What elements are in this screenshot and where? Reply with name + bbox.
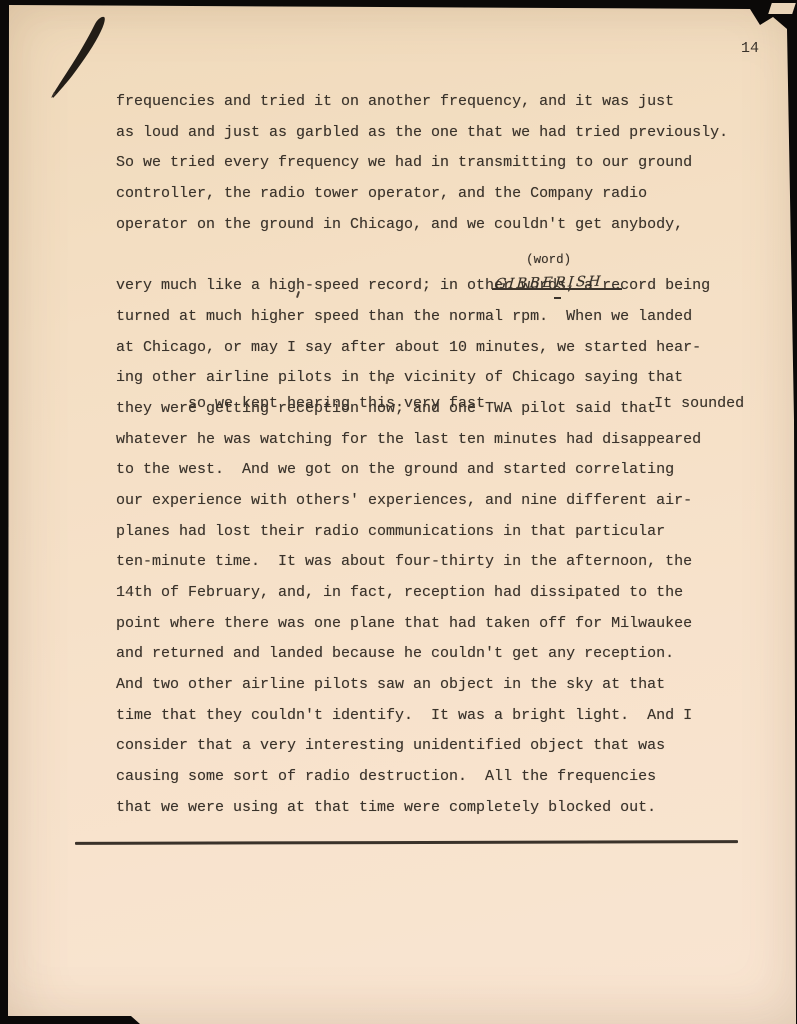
typed-line: turned at much higher speed than the nor… [116,302,756,333]
page-number: 14 [741,40,759,57]
typed-line: operator on the ground in Chicago, and w… [116,210,756,241]
typed-line: ten-minute time. It was about four-thirt… [116,547,756,578]
typed-line: ing other airline pilots in the vicinity… [116,363,756,394]
typed-line: controller, the radio tower operator, an… [116,179,756,210]
dog-ear-corner [768,3,796,14]
typed-line: point where there was one plane that had… [116,609,756,640]
typed-line: to the west. And we got on the ground an… [116,455,756,486]
fill-in-blank: (word) GIBBERISH [492,271,622,290]
typed-body-text: frequencies and tried it on another freq… [116,87,756,824]
ink-slash-mark-icon [46,12,110,100]
ink-mark-under-blank [554,297,561,299]
typed-line: causing some sort of radio destruction. … [116,762,756,793]
typed-line: at Chicago, or may I say after about 10 … [116,333,756,364]
typed-line: And two other airline pilots saw an obje… [116,670,756,701]
typed-line: 14th of February, and, in fact, receptio… [116,578,756,609]
handwritten-gibberish: GIBBERISH [495,275,604,292]
typed-line: frequencies and tried it on another freq… [116,87,756,118]
typed-line: and returned and landed because he could… [116,639,756,670]
horizontal-rule [75,840,738,845]
scanned-document: 14 frequencies and tried it on another f… [0,0,797,1024]
typed-line: planes had lost their radio communicatio… [116,517,756,548]
typed-line-with-blank: so we kept hearing this very fast (word)… [116,240,756,271]
typed-line: that we were using at that time were com… [116,793,756,824]
typed-line: as loud and just as garbled as the one t… [116,118,756,149]
typed-line: whatever he was watching for the last te… [116,425,756,456]
typed-line: our experience with others' experiences,… [116,486,756,517]
annotation-word-label: (word) [526,254,571,266]
typed-line: So we tried every frequency we had in tr… [116,148,756,179]
paper-page: 14 frequencies and tried it on another f… [0,0,797,1024]
typed-line: consider that a very interesting unident… [116,731,756,762]
typed-line: time that they couldn't identify. It was… [116,701,756,732]
typed-line: very much like a high-speed record; in o… [116,271,756,302]
